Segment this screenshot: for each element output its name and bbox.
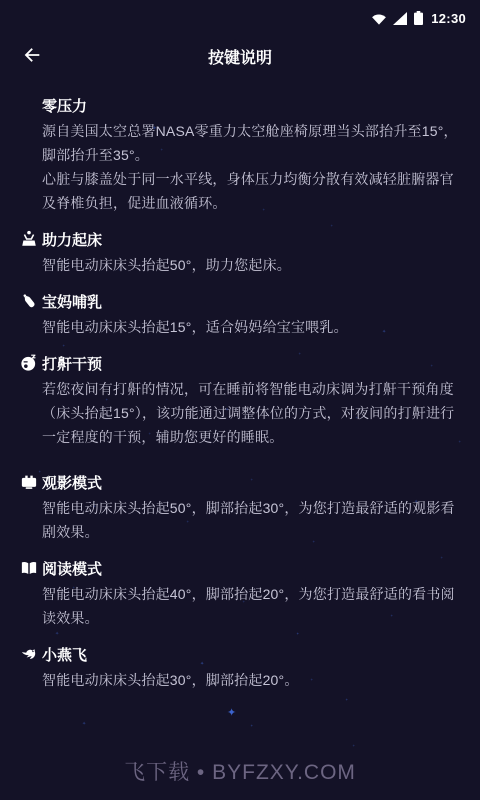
section-body: 智能电动床床头抬起50°，脚部抬起30°，为您打造最舒适的观影看剧效果。 (42, 496, 462, 544)
cellular-signal-icon (393, 12, 408, 25)
section-paragraph: 智能电动床床头抬起30°，脚部抬起20°。 (42, 668, 462, 692)
section-title: 观影模式 (42, 472, 102, 493)
section-paragraph: 若您夜间有打鼾的情况，可在睡前将智能电动床调为打鼾干预角度（床头抬起15°），该… (42, 377, 462, 449)
section-body: 智能电动床床头抬起40°，脚部抬起20°，为您打造最舒适的看书阅读效果。 (42, 582, 462, 630)
section-header: 小燕飞 (20, 643, 462, 665)
section-paragraph: 源自美国太空总署NASA零重力太空舱座椅原理当头部抬升至15°，脚部抬升至35°… (42, 119, 462, 167)
section-title: 助力起床 (42, 229, 102, 250)
section-title: 零压力 (42, 95, 87, 116)
section-header: 助力起床 (20, 228, 462, 250)
star-decoration: ✦ (227, 708, 236, 719)
back-button[interactable] (18, 42, 46, 70)
section: 打鼾干预 若您夜间有打鼾的情况，可在睡前将智能电动床调为打鼾干预角度（床头抬起1… (20, 352, 462, 449)
screen: ✦✦✦✦✦✦✦✦✦✦✦✦✦✦✦✦✦✦✦✦✦✦✦✦✦✦✦✦✦✦✦✦✦✦✦ 12:3… (0, 0, 480, 800)
section-paragraph: 智能电动床床头抬起15°，适合妈妈给宝宝喂乳。 (42, 315, 462, 339)
bed-rise-icon (20, 229, 42, 249)
section-title: 小燕飞 (42, 644, 87, 665)
section-header: 打鼾干预 (20, 352, 462, 374)
back-arrow-icon (21, 44, 43, 69)
section: 宝妈哺乳 智能电动床床头抬起15°，适合妈妈给宝宝喂乳。 (20, 290, 462, 339)
header: 按键说明 (0, 30, 480, 82)
icon-spacer (20, 95, 42, 115)
baby-bottle-icon (20, 291, 42, 311)
wifi-icon (371, 12, 387, 25)
section-body: 智能电动床床头抬起15°，适合妈妈给宝宝喂乳。 (42, 315, 462, 339)
watermark: 飞下载 • BYFZXY.COM (0, 756, 480, 786)
section-body: 源自美国太空总署NASA零重力太空舱座椅原理当头部抬升至15°，脚部抬升至35°… (42, 119, 462, 215)
section-body: 智能电动床床头抬起50°，助力您起床。 (42, 253, 462, 277)
open-book-icon (20, 558, 42, 578)
section-paragraph: 心脏与膝盖处于同一水平线，身体压力均衡分散有效减轻脏腑器官及脊椎负担，促进血液循… (42, 167, 462, 215)
status-bar: 12:30 (0, 0, 480, 30)
section-paragraph: 智能电动床床头抬起50°，助力您起床。 (42, 253, 462, 277)
section-body: 智能电动床床头抬起30°，脚部抬起20°。 (42, 668, 462, 692)
section-title: 打鼾干预 (42, 353, 102, 374)
section-header: 宝妈哺乳 (20, 290, 462, 312)
section: 小燕飞 智能电动床床头抬起30°，脚部抬起20°。 (20, 643, 462, 692)
bird-icon (20, 644, 42, 664)
section-title: 阅读模式 (42, 558, 102, 579)
star-decoration: ✦ (352, 744, 355, 748)
battery-icon (414, 11, 423, 25)
section: 助力起床 智能电动床床头抬起50°，助力您起床。 (20, 228, 462, 277)
sections: 零压力 源自美国太空总署NASA零重力太空舱座椅原理当头部抬升至15°，脚部抬升… (0, 82, 480, 692)
section-header: 零压力 (20, 94, 462, 116)
section-paragraph: 智能电动床床头抬起50°，脚部抬起30°，为您打造最舒适的观影看剧效果。 (42, 496, 462, 544)
page-title: 按键说明 (0, 45, 480, 68)
section: 零压力 源自美国太空总署NASA零重力太空舱座椅原理当头部抬升至15°，脚部抬升… (20, 94, 462, 215)
section-paragraph: 智能电动床床头抬起40°，脚部抬起20°，为您打造最舒适的看书阅读效果。 (42, 582, 462, 630)
status-time: 12:30 (431, 11, 466, 26)
star-decoration: ✦ (82, 722, 86, 727)
section: 观影模式 智能电动床床头抬起50°，脚部抬起30°，为您打造最舒适的观影看剧效果… (20, 471, 462, 544)
section-body: 若您夜间有打鼾的情况，可在睡前将智能电动床调为打鼾干预角度（床头抬起15°），该… (42, 377, 462, 449)
section-header: 观影模式 (20, 471, 462, 493)
star-decoration: ✦ (345, 698, 348, 702)
tv-icon (20, 472, 42, 492)
section-header: 阅读模式 (20, 557, 462, 579)
section: 阅读模式 智能电动床床头抬起40°，脚部抬起20°，为您打造最舒适的看书阅读效果… (20, 557, 462, 630)
snore-face-icon (20, 353, 42, 373)
star-decoration: ✦ (250, 724, 253, 728)
section-title: 宝妈哺乳 (42, 291, 102, 312)
